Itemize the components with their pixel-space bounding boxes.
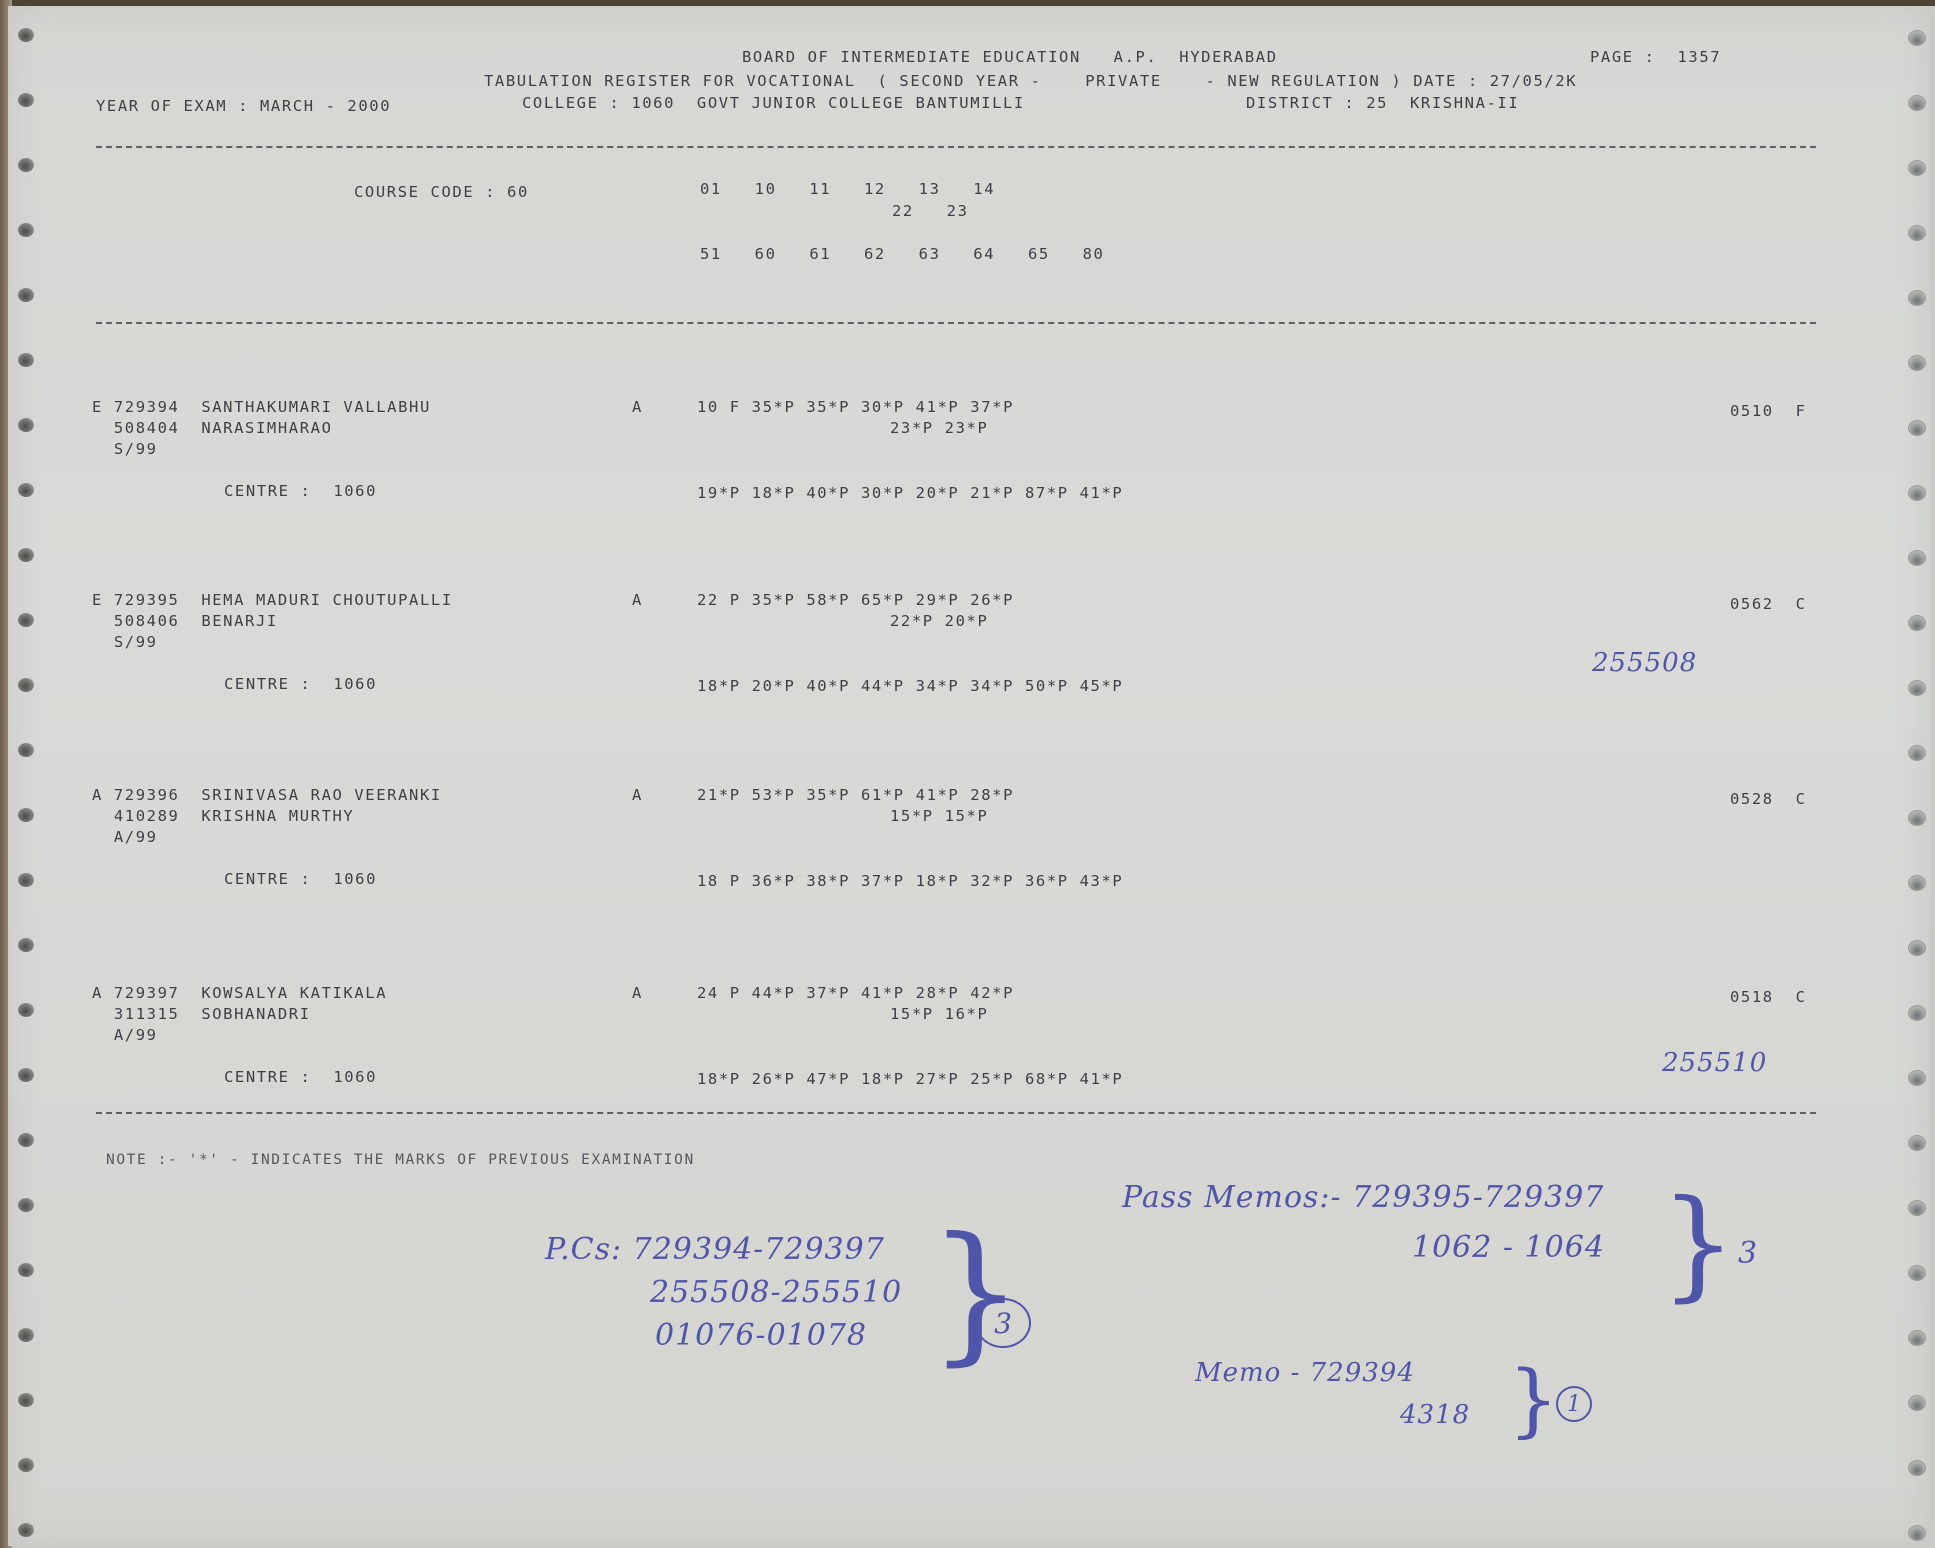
memo-count-circle: 1 [1556, 1386, 1592, 1422]
feed-hole-icon [18, 1328, 34, 1342]
feed-hole-icon [18, 158, 34, 172]
feed-hole-icon [18, 1393, 34, 1407]
feed-hole-icon [18, 288, 34, 302]
marks-row-1-sub: 22*P 20*P [890, 612, 988, 630]
feed-hole-icon [18, 678, 34, 692]
feed-hole-icon [18, 483, 34, 497]
marks-row-1-sub: 15*P 15*P [890, 807, 988, 825]
record-line-3: A/99 [92, 828, 158, 846]
record-line-1: A 729397 KOWSALYA KATIKALA [92, 984, 387, 1002]
feed-hole-icon [1908, 355, 1926, 371]
feed-hole-icon [18, 353, 34, 367]
record-line-1: E 729394 SANTHAKUMARI VALLABHU [92, 398, 431, 416]
separator-rule [96, 1112, 1816, 1114]
separator-rule [96, 146, 1816, 148]
feed-hole-icon [1908, 615, 1926, 631]
record-line-1: A 729396 SRINIVASA RAO VEERANKI [92, 786, 442, 804]
feed-hole-icon [18, 1523, 34, 1537]
feed-hole-icon [1908, 160, 1926, 176]
subject-codes-row1: 01 10 11 12 13 14 [700, 180, 995, 198]
feed-hole-icon [1908, 745, 1926, 761]
feed-hole-icon [1908, 1265, 1926, 1281]
pcs-line-3: 01076-01078 [655, 1318, 867, 1353]
feed-hole-icon [1908, 1200, 1926, 1216]
memo-line-1: Memo - 729394 [1195, 1358, 1415, 1388]
pass-memos-line-2: 1062 - 1064 [1412, 1230, 1605, 1265]
feed-hole-icon [1908, 1395, 1926, 1411]
feed-hole-icon [18, 418, 34, 432]
record-grade: A [632, 398, 643, 416]
pcs-count-circle: 3 [975, 1298, 1031, 1348]
record-grade: A [632, 984, 643, 1002]
feed-hole-icon [1908, 1135, 1926, 1151]
subject-codes-row1-sub: 22 23 [892, 202, 969, 220]
handwritten-serial: 255508 [1592, 648, 1697, 678]
feed-hole-icon [1908, 1330, 1926, 1346]
pcs-line-2: 255508-255510 [650, 1275, 902, 1310]
marks-row-1: 21*P 53*P 35*P 61*P 41*P 28*P [697, 786, 1014, 804]
feed-hole-icon [18, 28, 34, 42]
marks-row-2: 18 P 36*P 38*P 37*P 18*P 32*P 36*P 43*P [697, 872, 1123, 890]
feed-hole-icon [1908, 225, 1926, 241]
memo-line-2: 4318 [1400, 1400, 1470, 1430]
total-result: 0510 F [1730, 402, 1807, 420]
marks-row-2: 19*P 18*P 40*P 30*P 20*P 21*P 87*P 41*P [697, 484, 1123, 502]
feed-hole-icon [1908, 95, 1926, 111]
record-line-3: S/99 [92, 440, 158, 458]
brace-icon: } [1660, 1185, 1736, 1305]
marks-row-1: 10 F 35*P 35*P 30*P 41*P 37*P [697, 398, 1014, 416]
feed-hole-icon [1908, 485, 1926, 501]
marks-row-2: 18*P 26*P 47*P 18*P 27*P 25*P 68*P 41*P [697, 1070, 1123, 1088]
feed-hole-icon [18, 1003, 34, 1017]
college-info: COLLEGE : 1060 GOVT JUNIOR COLLEGE BANTU… [522, 94, 1025, 112]
centre: CENTRE : 1060 [224, 675, 377, 693]
feed-hole-icon [1908, 550, 1926, 566]
feed-hole-icon [1908, 810, 1926, 826]
feed-hole-icon [18, 1458, 34, 1472]
feed-hole-icon [1908, 940, 1926, 956]
district-info: DISTRICT : 25 KRISHNA-II [1246, 94, 1519, 112]
pass-memos-line-1: Pass Memos:- 729395-729397 [1122, 1180, 1604, 1215]
feed-hole-icon [18, 1133, 34, 1147]
record-line-2: 508406 BENARJI [92, 612, 278, 630]
marks-row-1: 22 P 35*P 58*P 65*P 29*P 26*P [697, 591, 1014, 609]
feed-hole-icon [18, 743, 34, 757]
feed-hole-icon [1908, 1070, 1926, 1086]
feed-hole-icon [1908, 30, 1926, 46]
feed-hole-icon [18, 808, 34, 822]
pass-memos-count: 3 [1738, 1236, 1758, 1271]
feed-hole-icon [18, 548, 34, 562]
pcs-line-1: P.Cs: 729394-729397 [545, 1232, 885, 1267]
feed-hole-icon [1908, 420, 1926, 436]
feed-hole-icon [18, 938, 34, 952]
record-grade: A [632, 591, 643, 609]
centre: CENTRE : 1060 [224, 1068, 377, 1086]
feed-hole-icon [1908, 1005, 1926, 1021]
record-line-3: A/99 [92, 1026, 158, 1044]
feed-hole-icon [1908, 680, 1926, 696]
feed-hole-icon [18, 1263, 34, 1277]
marks-row-1-sub: 23*P 23*P [890, 419, 988, 437]
feed-hole-icon [1908, 1525, 1926, 1541]
centre: CENTRE : 1060 [224, 870, 377, 888]
record-line-1: E 729395 HEMA MADURI CHOUTUPALLI [92, 591, 453, 609]
record-line-3: S/99 [92, 633, 158, 651]
year-of-exam: YEAR OF EXAM : MARCH - 2000 [96, 97, 391, 115]
marks-row-2: 18*P 20*P 40*P 44*P 34*P 34*P 50*P 45*P [697, 677, 1123, 695]
record-line-2: 311315 SOBHANADRI [92, 1005, 311, 1023]
course-code: COURSE CODE : 60 [354, 183, 529, 201]
feed-hole-icon [1908, 290, 1926, 306]
centre: CENTRE : 1060 [224, 482, 377, 500]
record-grade: A [632, 786, 643, 804]
feed-hole-icon [1908, 1460, 1926, 1476]
feed-hole-icon [18, 613, 34, 627]
separator-rule [96, 322, 1816, 324]
brace-icon: } [1508, 1360, 1559, 1440]
subject-codes-row2: 51 60 61 62 63 64 65 80 [700, 245, 1104, 263]
handwritten-serial: 255510 [1662, 1048, 1767, 1078]
note-text: NOTE :- '*' - INDICATES THE MARKS OF PRE… [106, 1152, 695, 1168]
feed-hole-icon [18, 1068, 34, 1082]
marks-row-1: 24 P 44*P 37*P 41*P 28*P 42*P [697, 984, 1014, 1002]
board-title: BOARD OF INTERMEDIATE EDUCATION A.P. HYD… [742, 48, 1278, 66]
total-result: 0518 C [1730, 988, 1807, 1006]
record-line-2: 508404 NARASIMHARAO [92, 419, 333, 437]
total-result: 0528 C [1730, 790, 1807, 808]
marks-row-1-sub: 15*P 16*P [890, 1005, 988, 1023]
feed-hole-icon [18, 873, 34, 887]
feed-hole-icon [18, 93, 34, 107]
feed-hole-icon [18, 223, 34, 237]
register-title: TABULATION REGISTER FOR VOCATIONAL ( SEC… [484, 72, 1577, 90]
feed-hole-icon [1908, 875, 1926, 891]
record-line-2: 410289 KRISHNA MURTHY [92, 807, 354, 825]
page-number: PAGE : 1357 [1590, 48, 1721, 66]
total-result: 0562 C [1730, 595, 1807, 613]
feed-hole-icon [18, 1198, 34, 1212]
